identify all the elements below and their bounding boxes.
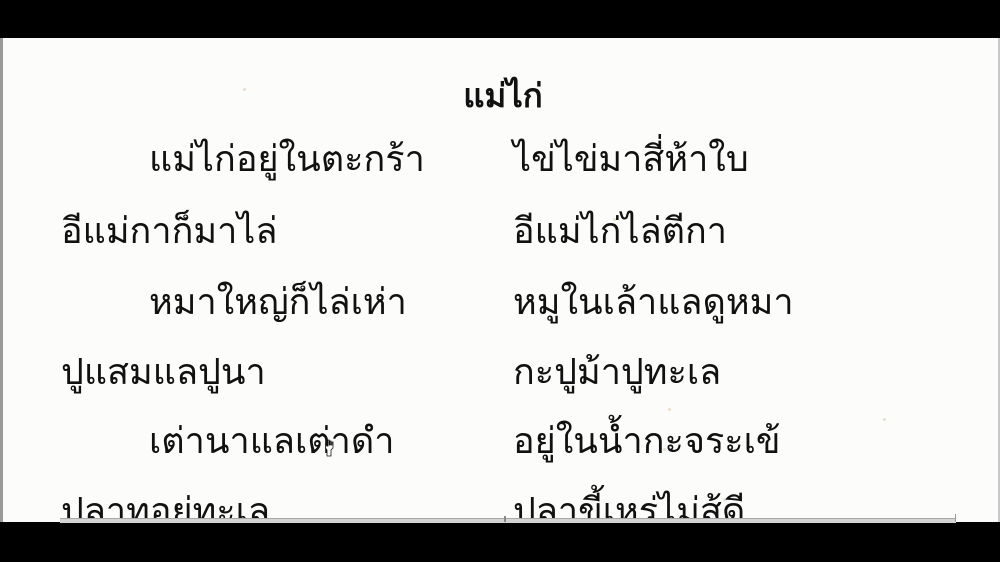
poem-line-right-5: อยู่ในน้ำกะจระเข้ [513, 420, 781, 464]
paper-speck [883, 418, 886, 421]
poem-line-left-5: เต่านาแลเต่าดำ [149, 420, 394, 464]
poem-line-right-4: กะปูม้าปูทะเล [513, 351, 721, 395]
hand-pointer-icon [325, 439, 337, 457]
poem-line-right-3: หมูในเล้าแลดูหมา [513, 281, 794, 325]
scrollbar-end-marker [955, 514, 956, 522]
poem-line-left-3: หมาใหญ่ก็ไล่เห่า [149, 281, 407, 325]
poem-line-left-2: อีแม่กาก็มาไล่ [61, 210, 277, 254]
poem-line-left-1: แม่ไก่อยู่ในตะกร้า [149, 138, 425, 182]
poem-line-left-4: ปูแสมแลปูนา [61, 351, 266, 395]
paper-speck [668, 408, 671, 411]
document-page: แม่ไก่ แม่ไก่อยู่ในตะกร้า ไข่ไข่มาสี่ห้า… [0, 38, 1000, 522]
video-frame: แม่ไก่ แม่ไก่อยู่ในตะกร้า ไข่ไข่มาสี่ห้า… [0, 0, 1000, 562]
poem-line-right-2: อีแม่ไก่ไล่ตีกา [513, 210, 727, 254]
poem-title: แม่ไก่ [3, 76, 1000, 116]
scrollbar-thumb-marker[interactable] [504, 516, 506, 522]
horizontal-scrollbar[interactable] [60, 518, 956, 523]
poem-line-right-1: ไข่ไข่มาสี่ห้าใบ [513, 138, 749, 182]
